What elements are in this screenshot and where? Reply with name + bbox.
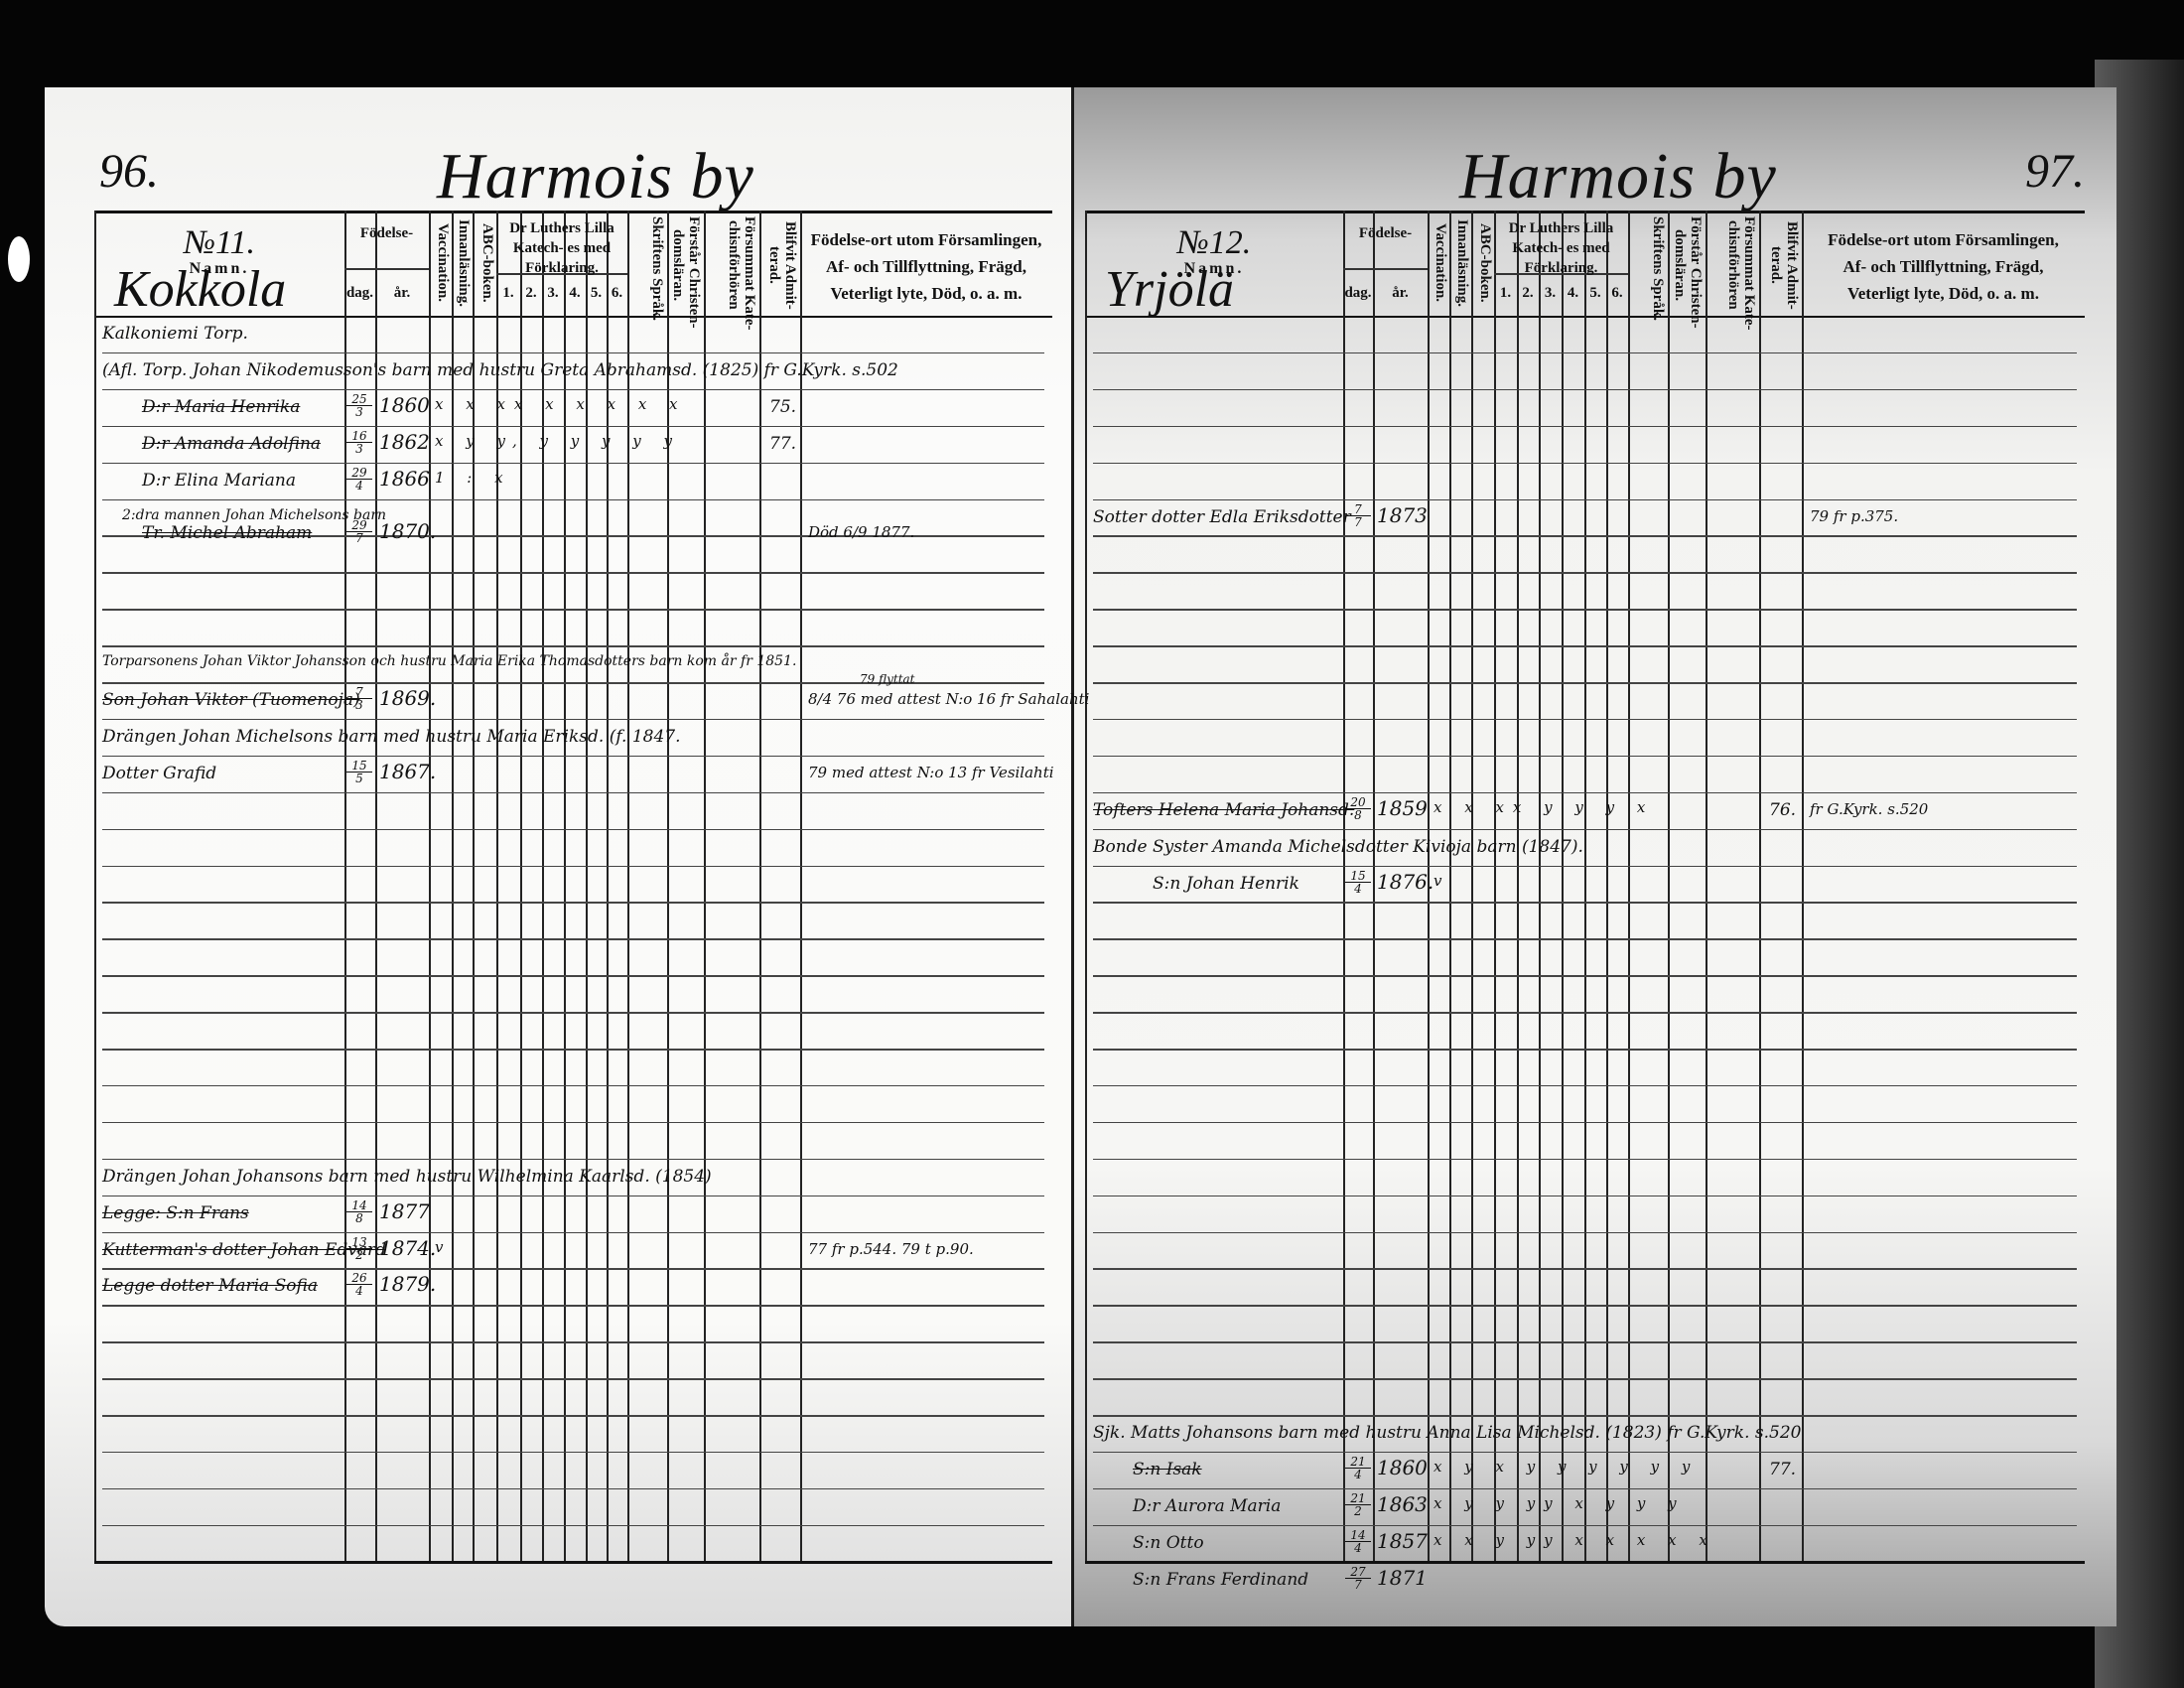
left-row-rule <box>102 1452 1044 1454</box>
right-row-rule <box>1093 1525 2077 1527</box>
left-header-dag: dag. <box>344 285 375 302</box>
right-entry-birth-daymonth: 77 <box>1345 503 1371 528</box>
right-entry-birth-year: 1857 <box>1377 1529 1428 1553</box>
right-header-forstar: Förstår Christen- domsläran. <box>1670 216 1704 314</box>
right-entry-birth-daymonth: 154 <box>1345 870 1371 895</box>
left-entry-name: D:r Maria Henrika <box>142 397 300 417</box>
right-header-remarks-2: Af- och Tillflyttning, Frägd, <box>1802 253 2085 280</box>
left-header-katekes-part: 5. <box>586 285 607 302</box>
left-row-rule <box>102 1378 1044 1380</box>
left-row-rule <box>102 1049 1044 1051</box>
left-column-rule <box>542 211 544 1561</box>
birth-month: 3 <box>355 405 363 419</box>
left-fodelse-subrule <box>344 268 429 270</box>
left-household-number: №11. <box>94 224 344 262</box>
right-row-rule <box>1093 572 2077 574</box>
right-row-rule <box>1093 1305 2077 1307</box>
right-entry-birth-year: 1859 <box>1377 796 1428 820</box>
right-header-innanlasning: Innanläsning. <box>1452 218 1470 308</box>
birth-month: 8 <box>355 1211 363 1225</box>
right-household-number: №12. <box>1085 224 1343 262</box>
left-header-remarks-1: Födelse-ort utom Församlingen, <box>800 226 1052 253</box>
left-entry-name: Legge dotter Maria Sofia <box>102 1276 318 1296</box>
left-row-rule <box>102 1085 1044 1087</box>
left-column-rule <box>520 211 522 1561</box>
right-row-rule <box>1093 866 2077 868</box>
right-row-rule <box>1093 682 2077 684</box>
left-row-rule <box>102 1415 1044 1417</box>
right-header-ar: år. <box>1373 285 1428 302</box>
right-row-rule <box>1093 1196 2077 1197</box>
right-entry-remark: 79 fr p.375. <box>1810 507 1898 525</box>
birth-month: 7 <box>1354 1578 1362 1592</box>
left-header-forstar: Förstår Christen- domsläran. <box>669 216 702 314</box>
left-page-number: 96. <box>99 144 159 199</box>
right-entry-reading-marks: x y x y y y y y y <box>1433 1458 1699 1476</box>
left-entry-birth-year: 1867. <box>379 760 436 783</box>
right-row-rule <box>1093 1232 2077 1234</box>
left-header-abc: ABC-boken. <box>476 218 495 308</box>
right-entry-birth-year: 1871 <box>1377 1566 1428 1590</box>
left-entry-birth-year: 1877 <box>379 1199 430 1223</box>
right-row-rule <box>1093 389 2077 391</box>
right-column-rule <box>1606 211 1608 1561</box>
left-farm-name: Kokkola <box>114 260 286 319</box>
left-column-rule <box>586 211 588 1561</box>
right-entry-birth-year: 1873 <box>1377 503 1428 527</box>
left-entry-birth-daymonth: 73 <box>346 686 372 711</box>
right-page-title: Harmois by <box>1459 139 1777 214</box>
left-entry-name: Drängen Johan Johansons barn med hustru … <box>102 1167 712 1187</box>
left-column-rule <box>607 211 609 1561</box>
right-row-rule <box>1093 352 2077 354</box>
left-header-katekes: Dr Luthers Lilla Katech- es med Förklari… <box>498 218 625 278</box>
right-entry-birth-daymonth: 277 <box>1345 1566 1371 1591</box>
left-row-rule <box>102 609 1044 611</box>
birth-month: 4 <box>355 479 363 492</box>
birth-month: 4 <box>1354 882 1362 896</box>
left-entry-admitted: 75. <box>769 397 796 417</box>
right-entry-name: S:n Johan Henrik <box>1153 874 1299 894</box>
right-column-rule <box>1584 211 1586 1561</box>
left-row-rule <box>102 1159 1044 1161</box>
right-entry-name: Sjk. Matts Johansons barn med hustru Ann… <box>1093 1423 1801 1443</box>
left-header-ar: år. <box>375 285 429 302</box>
right-row-rule <box>1093 938 2077 940</box>
right-column-rule <box>1759 211 1761 1561</box>
left-entry-name: Tr. Michel Abraham <box>142 523 312 543</box>
left-entry-remark-above: 79 flyttat <box>860 672 915 686</box>
right-header-katekes: Dr Luthers Lilla Katech- es med Förklari… <box>1496 218 1626 278</box>
right-column-rule <box>1494 211 1496 1561</box>
left-table-top-rule <box>94 211 1052 213</box>
left-header-katekes-part: 3. <box>542 285 564 302</box>
left-column-rule <box>496 211 498 1561</box>
right-header-blifvit: Blifvit Admit- terad. <box>1761 216 1800 314</box>
right-entry-name: Tofters Helena Maria Johansd. <box>1093 800 1354 820</box>
right-row-rule <box>1093 1122 2077 1124</box>
left-row-rule <box>102 463 1044 465</box>
left-entry-birth-daymonth: 253 <box>346 393 372 418</box>
right-entry-birth-year: 1876. <box>1377 870 1433 894</box>
left-entry-remark: 8/4 76 med attest N:o 16 fr Sahalahti <box>808 690 1089 708</box>
left-entry-remark: Död 6/9 1877. <box>808 523 914 541</box>
right-page-number: 97. <box>2025 144 2085 199</box>
right-header-remarks-3: Veterligt lyte, Död, o. a. m. <box>1802 280 2085 307</box>
right-row-rule <box>1093 1159 2077 1161</box>
right-entry-admitted: 77. <box>1769 1460 1796 1479</box>
right-row-rule <box>1093 426 2077 428</box>
left-table-bottom-rule <box>94 1561 1052 1564</box>
left-entry-admitted: 77. <box>769 434 796 454</box>
left-page-title: Harmois by <box>437 139 754 214</box>
right-header-forsummat: Försummat Kate- chisnförhören <box>1707 216 1757 314</box>
left-entry-name: Son Johan Viktor (Tuomenoja) <box>102 690 360 710</box>
left-header-innanlasning: Innanläsning. <box>455 218 472 308</box>
right-column-rule <box>1562 211 1564 1561</box>
right-header-skriftens: Skriftens Språk. <box>1630 216 1666 314</box>
right-row-rule <box>1093 645 2077 647</box>
left-entry-name: Drängen Johan Michelsons barn med hustru… <box>102 727 681 747</box>
right-row-rule <box>1093 1452 2077 1454</box>
right-entry-reading-marks: x x y yy x x x x x <box>1433 1531 1716 1549</box>
left-entry-birth-year: 1879. <box>379 1272 436 1296</box>
left-column-rule <box>564 211 566 1561</box>
birth-month: 4 <box>355 1284 363 1298</box>
birth-month: 7 <box>1354 515 1362 529</box>
left-entry-name: Dotter Grafid <box>102 764 216 783</box>
left-entry-birth-daymonth: 155 <box>346 760 372 784</box>
left-entry-reading-marks: x y y, y y y y y <box>435 432 681 450</box>
left-entry-birth-year: 1869. <box>379 686 436 710</box>
left-header-katekes-part: 4. <box>564 285 586 302</box>
left-row-rule <box>102 719 1044 721</box>
left-entry-birth-daymonth: 297 <box>346 519 372 544</box>
left-row-rule <box>102 1305 1044 1307</box>
right-entry-name: S:n Otto <box>1133 1533 1204 1553</box>
left-column-rule <box>627 211 629 1561</box>
left-entry-birth-daymonth: 132 <box>346 1236 372 1261</box>
left-row-rule <box>102 499 1044 501</box>
left-row-rule <box>102 1488 1044 1490</box>
left-row-rule <box>102 975 1044 977</box>
left-row-rule <box>102 352 1044 354</box>
right-entry-birth-year: 1863 <box>1377 1492 1428 1516</box>
right-entry-reading-marks: v <box>1433 872 1450 890</box>
left-row-rule <box>102 1122 1044 1124</box>
right-header-fodelse: Födelse- <box>1343 225 1428 242</box>
left-entry-birth-daymonth: 148 <box>346 1199 372 1224</box>
left-row-rule <box>102 902 1044 904</box>
left-entry-name: D:r Elina Mariana <box>142 471 296 491</box>
right-entry-name: Sotter dotter Edla Eriksdotter <box>1093 507 1351 527</box>
left-entry-name: Torparsonens Johan Viktor Johansson och … <box>102 653 796 669</box>
left-entry-birth-year: 1866 <box>379 467 430 491</box>
right-header-katekes-part: 6. <box>1606 285 1628 302</box>
left-entry-birth-daymonth: 264 <box>346 1272 372 1297</box>
right-header-katekes-part: 3. <box>1539 285 1562 302</box>
right-entry-birth-daymonth: 144 <box>1345 1529 1371 1554</box>
right-column-rule <box>1628 211 1630 1561</box>
left-column-rule <box>473 211 475 1561</box>
left-row-rule <box>102 1341 1044 1343</box>
right-row-rule <box>1093 463 2077 465</box>
right-row-rule <box>1093 1488 2077 1490</box>
left-entry-birth-year: 1874. <box>379 1236 436 1260</box>
birth-month: 2 <box>1354 1504 1362 1518</box>
right-entry-birth-daymonth: 212 <box>1345 1492 1371 1517</box>
scan-artifact <box>8 236 30 282</box>
left-row-rule <box>102 1525 1044 1527</box>
right-header-katekes-part: 5. <box>1584 285 1606 302</box>
right-column-rule <box>1668 211 1670 1561</box>
left-entry-name: Kalkoniemi Torp. <box>102 324 248 344</box>
right-header-katekes-part: 2. <box>1517 285 1539 302</box>
birth-month: 3 <box>355 442 363 456</box>
left-entry-reading-marks: x x xx x x x x x <box>435 395 687 413</box>
left-entry-remark: 79 med attest N:o 13 fr Vesilahti <box>808 764 1054 781</box>
left-entry-name: Kutterman's dotter Johan Edvard <box>102 1240 386 1260</box>
right-row-rule <box>1093 829 2077 831</box>
right-table-bottom-rule <box>1085 1561 2085 1564</box>
left-entry-birth-year: 1870. <box>379 519 436 543</box>
right-entry-remark: fr G.Kyrk. s.520 <box>1810 800 1928 818</box>
right-row-rule <box>1093 1415 2077 1417</box>
right-entry-birth-year: 1860 <box>1377 1456 1428 1479</box>
left-entry-reading-marks: v <box>435 1238 452 1256</box>
right-column-rule <box>1706 211 1707 1561</box>
right-header-remarks-1: Födelse-ort utom Församlingen, <box>1802 226 2085 253</box>
right-row-rule <box>1093 792 2077 794</box>
left-row-rule <box>102 426 1044 428</box>
left-row-rule <box>102 756 1044 758</box>
right-column-rule <box>1539 211 1541 1561</box>
birth-month: 2 <box>355 1248 363 1262</box>
birth-month: 5 <box>355 772 363 785</box>
left-header-katekes-part: 6. <box>607 285 627 302</box>
left-entry-birth-year: 1862 <box>379 430 430 454</box>
left-row-rule <box>102 1196 1044 1197</box>
left-row-rule <box>102 866 1044 868</box>
right-column-rule <box>1471 211 1473 1561</box>
left-row-rule <box>102 1232 1044 1234</box>
right-entry-name: S:n Isak <box>1133 1460 1202 1479</box>
right-fodelse-subrule <box>1343 268 1428 270</box>
right-entry-admitted: 76. <box>1769 800 1796 820</box>
left-column-rule <box>452 211 454 1561</box>
left-row-rule <box>102 829 1044 831</box>
right-header-abc: ABC-boken. <box>1474 218 1493 308</box>
right-row-rule <box>1093 1268 2077 1270</box>
left-entry-birth-daymonth: 294 <box>346 467 372 492</box>
right-header-dag: dag. <box>1343 285 1373 302</box>
right-header-katekes-part: 4. <box>1562 285 1584 302</box>
right-row-rule <box>1093 1341 2077 1343</box>
left-row-rule <box>102 1268 1044 1270</box>
right-row-rule <box>1093 975 2077 977</box>
left-entry-reading-marks: 1 : x <box>435 469 512 487</box>
left-row-rule <box>102 645 1044 647</box>
right-row-rule <box>1093 719 2077 721</box>
birth-month: 8 <box>1354 808 1362 822</box>
right-farm-name: Yrjölä <box>1105 260 1234 319</box>
right-column-rule <box>1802 211 1804 1561</box>
left-header-blifvit: Blifvit Admit- terad. <box>761 216 798 314</box>
left-column-rule <box>759 211 761 1561</box>
right-entry-name: D:r Aurora Maria <box>1133 1496 1281 1516</box>
right-entry-reading-marks: x x xx y y y x <box>1433 798 1654 816</box>
right-row-rule <box>1093 1012 2077 1014</box>
left-header-remarks-2: Af- och Tillflyttning, Frägd, <box>800 253 1052 280</box>
left-header-vaccination: Vaccination. <box>432 218 451 308</box>
left-entry-name: Legge: S:n Frans <box>102 1203 249 1223</box>
right-header-vaccination: Vaccination. <box>1431 218 1448 308</box>
birth-month: 7 <box>355 531 363 545</box>
left-entry-name: D:r Amanda Adolfina <box>142 434 321 454</box>
left-header-katekes-part: 2. <box>520 285 542 302</box>
right-row-rule <box>1093 499 2077 501</box>
book-spine <box>1071 87 1074 1626</box>
left-column-rule <box>800 211 802 1561</box>
left-row-rule <box>102 938 1044 940</box>
right-header-katekes-part: 1. <box>1494 285 1517 302</box>
left-header-katekes-part: 1. <box>496 285 520 302</box>
right-row-rule <box>1093 756 2077 758</box>
left-header-skriftens: Skriftens Språk. <box>629 216 665 314</box>
right-row-rule <box>1093 609 2077 611</box>
left-column-rule <box>667 211 669 1561</box>
right-row-rule <box>1093 1085 2077 1087</box>
birth-month: 3 <box>355 698 363 712</box>
right-column-rule <box>1373 211 1375 1561</box>
left-column-rule <box>94 211 96 1561</box>
left-header-fodelse: Födelse- <box>344 225 429 242</box>
right-entry-birth-daymonth: 208 <box>1345 796 1371 821</box>
right-entry-reading-marks: x y y yy x y y y <box>1433 1494 1686 1512</box>
left-entry-name: (Afl. Torp. Johan Nikodemusson's barn me… <box>102 360 898 380</box>
left-column-rule <box>375 211 377 1561</box>
right-row-rule <box>1093 1378 2077 1380</box>
left-row-rule <box>102 389 1044 391</box>
left-column-rule <box>704 211 706 1561</box>
left-row-rule <box>102 572 1044 574</box>
left-header-remarks-3: Veterligt lyte, Död, o. a. m. <box>800 280 1052 307</box>
left-row-rule <box>102 1012 1044 1014</box>
left-entry-remark: 77 fr p.544. 79 t p.90. <box>808 1240 974 1258</box>
left-row-rule <box>102 792 1044 794</box>
right-row-rule <box>1093 1049 2077 1051</box>
left-header-forsummat: Försummat Kate- chisnförhören <box>706 216 757 314</box>
right-row-rule <box>1093 902 2077 904</box>
birth-month: 4 <box>1354 1541 1362 1555</box>
right-entry-name: S:n Frans Ferdinand <box>1133 1570 1308 1590</box>
birth-month: 4 <box>1354 1468 1362 1481</box>
left-entry-birth-year: 1860 <box>379 393 430 417</box>
right-entry-birth-daymonth: 214 <box>1345 1456 1371 1480</box>
left-entry-birth-daymonth: 163 <box>346 430 372 455</box>
right-column-rule <box>1517 211 1519 1561</box>
right-column-rule <box>1085 211 1087 1561</box>
right-entry-name: Bonde Syster Amanda Michelsdotter Kivioj… <box>1093 837 1583 857</box>
right-row-rule <box>1093 535 2077 537</box>
